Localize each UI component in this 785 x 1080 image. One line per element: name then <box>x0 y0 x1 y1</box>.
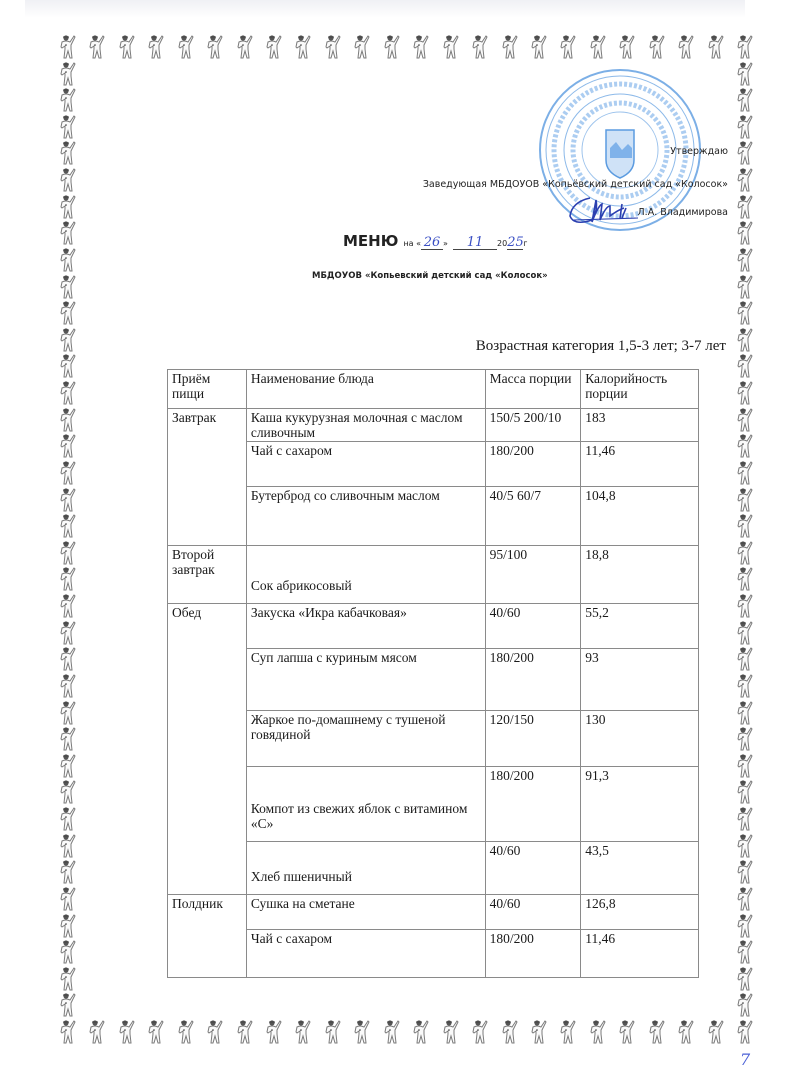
table-row: ЗавтракКаша кукурузная молочная с маслом… <box>168 409 699 442</box>
waving-child-icon <box>735 778 755 804</box>
waving-child-icon <box>735 139 755 165</box>
table-row: ПолдникСушка на сметане40/60126,8 <box>168 895 699 930</box>
waving-child-icon <box>58 539 78 565</box>
signature <box>560 190 640 230</box>
waving-child-icon <box>735 592 755 618</box>
waving-child-icon <box>87 1018 107 1044</box>
table-row: ОбедЗакуска «Икра кабачковая»40/6055,2 <box>168 604 699 649</box>
waving-child-icon <box>58 1018 78 1044</box>
waving-child-icon <box>264 1018 284 1044</box>
table-row: Бутерброд со сливочным маслом40/5 60/710… <box>168 487 699 546</box>
table-row: Чай с сахаром180/20011,46 <box>168 442 699 487</box>
waving-child-icon <box>176 1018 196 1044</box>
waving-child-icon <box>735 193 755 219</box>
waving-child-icon <box>735 459 755 485</box>
waving-child-icon <box>647 33 667 59</box>
waving-child-icon <box>411 33 431 59</box>
dish-name: Жаркое по-домашнему с тушеной говядиной <box>246 711 485 767</box>
waving-child-icon <box>735 246 755 272</box>
waving-child-icon <box>58 486 78 512</box>
waving-child-icon <box>735 619 755 645</box>
portion-calories: 91,3 <box>581 767 699 842</box>
year-prefix: 20 <box>497 239 507 248</box>
dish-name: Суп лапша с куриным мясом <box>246 649 485 711</box>
waving-child-icon <box>264 33 284 59</box>
waving-child-icon <box>87 33 107 59</box>
waving-child-icon <box>352 1018 372 1044</box>
waving-child-icon <box>735 486 755 512</box>
portion-calories: 93 <box>581 649 699 711</box>
waving-child-icon <box>293 1018 313 1044</box>
waving-child-icon <box>235 33 255 59</box>
meal-name: Обед <box>168 604 247 895</box>
portion-mass: 180/200 <box>485 649 581 711</box>
waving-child-icon <box>58 273 78 299</box>
waving-child-icon <box>706 1018 726 1044</box>
waving-child-icon <box>205 1018 225 1044</box>
waving-child-icon <box>58 432 78 458</box>
dish-name: Закуска «Икра кабачковая» <box>246 604 485 649</box>
waving-child-icon <box>735 725 755 751</box>
waving-child-icon <box>293 33 313 59</box>
waving-child-icon <box>58 752 78 778</box>
dish-name: Хлеб пшеничный <box>246 842 485 895</box>
portion-calories: 18,8 <box>581 546 699 604</box>
waving-child-icon <box>441 33 461 59</box>
waving-child-icon <box>58 938 78 964</box>
portion-calories: 11,46 <box>581 930 699 978</box>
header-meal: Приём пищи <box>168 370 247 409</box>
waving-child-icon <box>58 219 78 245</box>
date-year: 25 <box>507 237 523 250</box>
waving-child-icon <box>58 193 78 219</box>
waving-child-icon <box>735 858 755 884</box>
waving-child-icon <box>205 33 225 59</box>
waving-child-icon <box>441 1018 461 1044</box>
waving-child-icon <box>735 539 755 565</box>
portion-mass: 40/5 60/7 <box>485 487 581 546</box>
waving-child-icon <box>735 699 755 725</box>
menu-table: Приём пищи Наименование блюда Масса порц… <box>167 369 699 978</box>
portion-calories: 130 <box>581 711 699 767</box>
waving-child-icon <box>500 33 520 59</box>
waving-child-icon <box>735 219 755 245</box>
dish-name: Сушка на сметане <box>246 895 485 930</box>
waving-child-icon <box>676 1018 696 1044</box>
date-prefix: на « <box>403 239 421 248</box>
menu-word: МЕНЮ <box>343 232 398 250</box>
waving-child-icon <box>58 60 78 86</box>
waving-child-icon <box>58 166 78 192</box>
portion-mass: 40/60 <box>485 895 581 930</box>
waving-child-icon <box>58 326 78 352</box>
waving-child-icon <box>58 619 78 645</box>
portion-mass: 150/5 200/10 <box>485 409 581 442</box>
dish-name: Чай с сахаром <box>246 930 485 978</box>
waving-child-icon <box>58 352 78 378</box>
waving-child-icon <box>382 1018 402 1044</box>
portion-mass: 180/200 <box>485 767 581 842</box>
portion-calories: 183 <box>581 409 699 442</box>
table-header-row: Приём пищи Наименование блюда Масса порц… <box>168 370 699 409</box>
waving-child-icon <box>58 991 78 1017</box>
table-row: Второй завтракСок абрикосовый95/10018,8 <box>168 546 699 604</box>
portion-mass: 180/200 <box>485 442 581 487</box>
waving-child-icon <box>735 86 755 112</box>
portion-calories: 43,5 <box>581 842 699 895</box>
dish-name: Компот из свежих яблок с витамином «С» <box>246 767 485 842</box>
meal-name: Завтрак <box>168 409 247 546</box>
waving-child-icon <box>323 1018 343 1044</box>
waving-child-icon <box>58 139 78 165</box>
header-kcal: Калорийность порции <box>581 370 699 409</box>
waving-child-icon <box>735 432 755 458</box>
waving-child-icon <box>58 113 78 139</box>
waving-child-icon <box>146 33 166 59</box>
waving-child-icon <box>558 33 578 59</box>
waving-child-icon <box>735 885 755 911</box>
waving-child-icon <box>735 406 755 432</box>
waving-child-icon <box>58 965 78 991</box>
dish-name: Сок абрикосовый <box>246 546 485 604</box>
waving-child-icon <box>58 725 78 751</box>
waving-child-icon <box>735 379 755 405</box>
table-row: Хлеб пшеничный40/6043,5 <box>168 842 699 895</box>
approve-label: Утверждаю <box>670 146 728 157</box>
waving-child-icon <box>117 1018 137 1044</box>
waving-child-icon <box>117 33 137 59</box>
waving-child-icon <box>58 299 78 325</box>
portion-mass: 180/200 <box>485 930 581 978</box>
waving-child-icon <box>588 1018 608 1044</box>
waving-child-icon <box>588 33 608 59</box>
date-day-close: » <box>443 239 448 248</box>
waving-child-icon <box>617 33 637 59</box>
waving-child-icon <box>735 326 755 352</box>
waving-child-icon <box>735 299 755 325</box>
portion-calories: 104,8 <box>581 487 699 546</box>
waving-child-icon <box>58 832 78 858</box>
table-row: Суп лапша с куриным мясом180/20093 <box>168 649 699 711</box>
waving-child-icon <box>58 512 78 538</box>
date-month: 11 <box>453 237 497 250</box>
organization-name: МБДОУОВ «Копьевский детский сад «Колосок… <box>312 271 548 281</box>
portion-mass: 120/150 <box>485 711 581 767</box>
dish-name: Чай с сахаром <box>246 442 485 487</box>
date-day: 26 <box>421 237 443 250</box>
waving-child-icon <box>176 33 196 59</box>
waving-child-icon <box>735 912 755 938</box>
waving-child-icon <box>411 1018 431 1044</box>
page-number: 7 <box>740 1050 750 1069</box>
portion-calories: 126,8 <box>581 895 699 930</box>
waving-child-icon <box>235 1018 255 1044</box>
waving-child-icon <box>735 672 755 698</box>
waving-child-icon <box>58 699 78 725</box>
waving-child-icon <box>735 965 755 991</box>
menu-title: МЕНЮ на «26» 112025г <box>343 231 527 250</box>
header-mass: Масса порции <box>485 370 581 409</box>
waving-child-icon <box>647 1018 667 1044</box>
waving-child-icon <box>58 86 78 112</box>
portion-mass: 95/100 <box>485 546 581 604</box>
waving-child-icon <box>58 778 78 804</box>
waving-child-icon <box>500 1018 520 1044</box>
dish-name: Каша кукурузная молочная с маслом сливоч… <box>246 409 485 442</box>
waving-child-icon <box>323 33 343 59</box>
header-dish: Наименование блюда <box>246 370 485 409</box>
waving-child-icon <box>529 33 549 59</box>
waving-child-icon <box>146 1018 166 1044</box>
table-row: Жаркое по-домашнему с тушеной говядиной1… <box>168 711 699 767</box>
waving-child-icon <box>735 938 755 964</box>
waving-child-icon <box>735 832 755 858</box>
waving-child-icon <box>58 459 78 485</box>
table-row: Компот из свежих яблок с витамином «С»18… <box>168 767 699 842</box>
waving-child-icon <box>617 1018 637 1044</box>
waving-child-icon <box>58 672 78 698</box>
waving-child-icon <box>58 33 78 59</box>
waving-child-icon <box>735 805 755 831</box>
waving-child-icon <box>352 33 372 59</box>
waving-child-icon <box>470 1018 490 1044</box>
waving-child-icon <box>58 592 78 618</box>
waving-child-icon <box>470 33 490 59</box>
waving-child-icon <box>735 645 755 671</box>
approver-position: Заведующая МБДОУОВ «Копьёвский детский с… <box>423 179 728 190</box>
waving-child-icon <box>735 113 755 139</box>
portion-calories: 55,2 <box>581 604 699 649</box>
age-category: Возрастная категория 1,5-3 лет; 3-7 лет <box>476 338 726 355</box>
waving-child-icon <box>58 565 78 591</box>
waving-child-icon <box>558 1018 578 1044</box>
waving-child-icon <box>735 1018 755 1044</box>
waving-child-icon <box>58 912 78 938</box>
year-mark: г <box>523 239 527 248</box>
meal-name: Полдник <box>168 895 247 978</box>
meal-name: Второй завтрак <box>168 546 247 604</box>
waving-child-icon <box>735 33 755 59</box>
waving-child-icon <box>58 805 78 831</box>
waving-child-icon <box>735 991 755 1017</box>
waving-child-icon <box>529 1018 549 1044</box>
table-row: Чай с сахаром180/20011,46 <box>168 930 699 978</box>
waving-child-icon <box>676 33 696 59</box>
portion-mass: 40/60 <box>485 604 581 649</box>
waving-child-icon <box>58 246 78 272</box>
waving-child-icon <box>58 885 78 911</box>
portion-calories: 11,46 <box>581 442 699 487</box>
waving-child-icon <box>735 565 755 591</box>
waving-child-icon <box>735 352 755 378</box>
waving-child-icon <box>735 166 755 192</box>
waving-child-icon <box>58 858 78 884</box>
waving-child-icon <box>735 512 755 538</box>
waving-child-icon <box>382 33 402 59</box>
waving-child-icon <box>706 33 726 59</box>
waving-child-icon <box>58 645 78 671</box>
portion-mass: 40/60 <box>485 842 581 895</box>
approver-name: Л.А. Владимирова <box>638 207 728 218</box>
waving-child-icon <box>58 379 78 405</box>
waving-child-icon <box>735 60 755 86</box>
scan-shadow <box>25 0 745 18</box>
waving-child-icon <box>735 273 755 299</box>
waving-child-icon <box>58 406 78 432</box>
waving-child-icon <box>735 752 755 778</box>
dish-name: Бутерброд со сливочным маслом <box>246 487 485 546</box>
